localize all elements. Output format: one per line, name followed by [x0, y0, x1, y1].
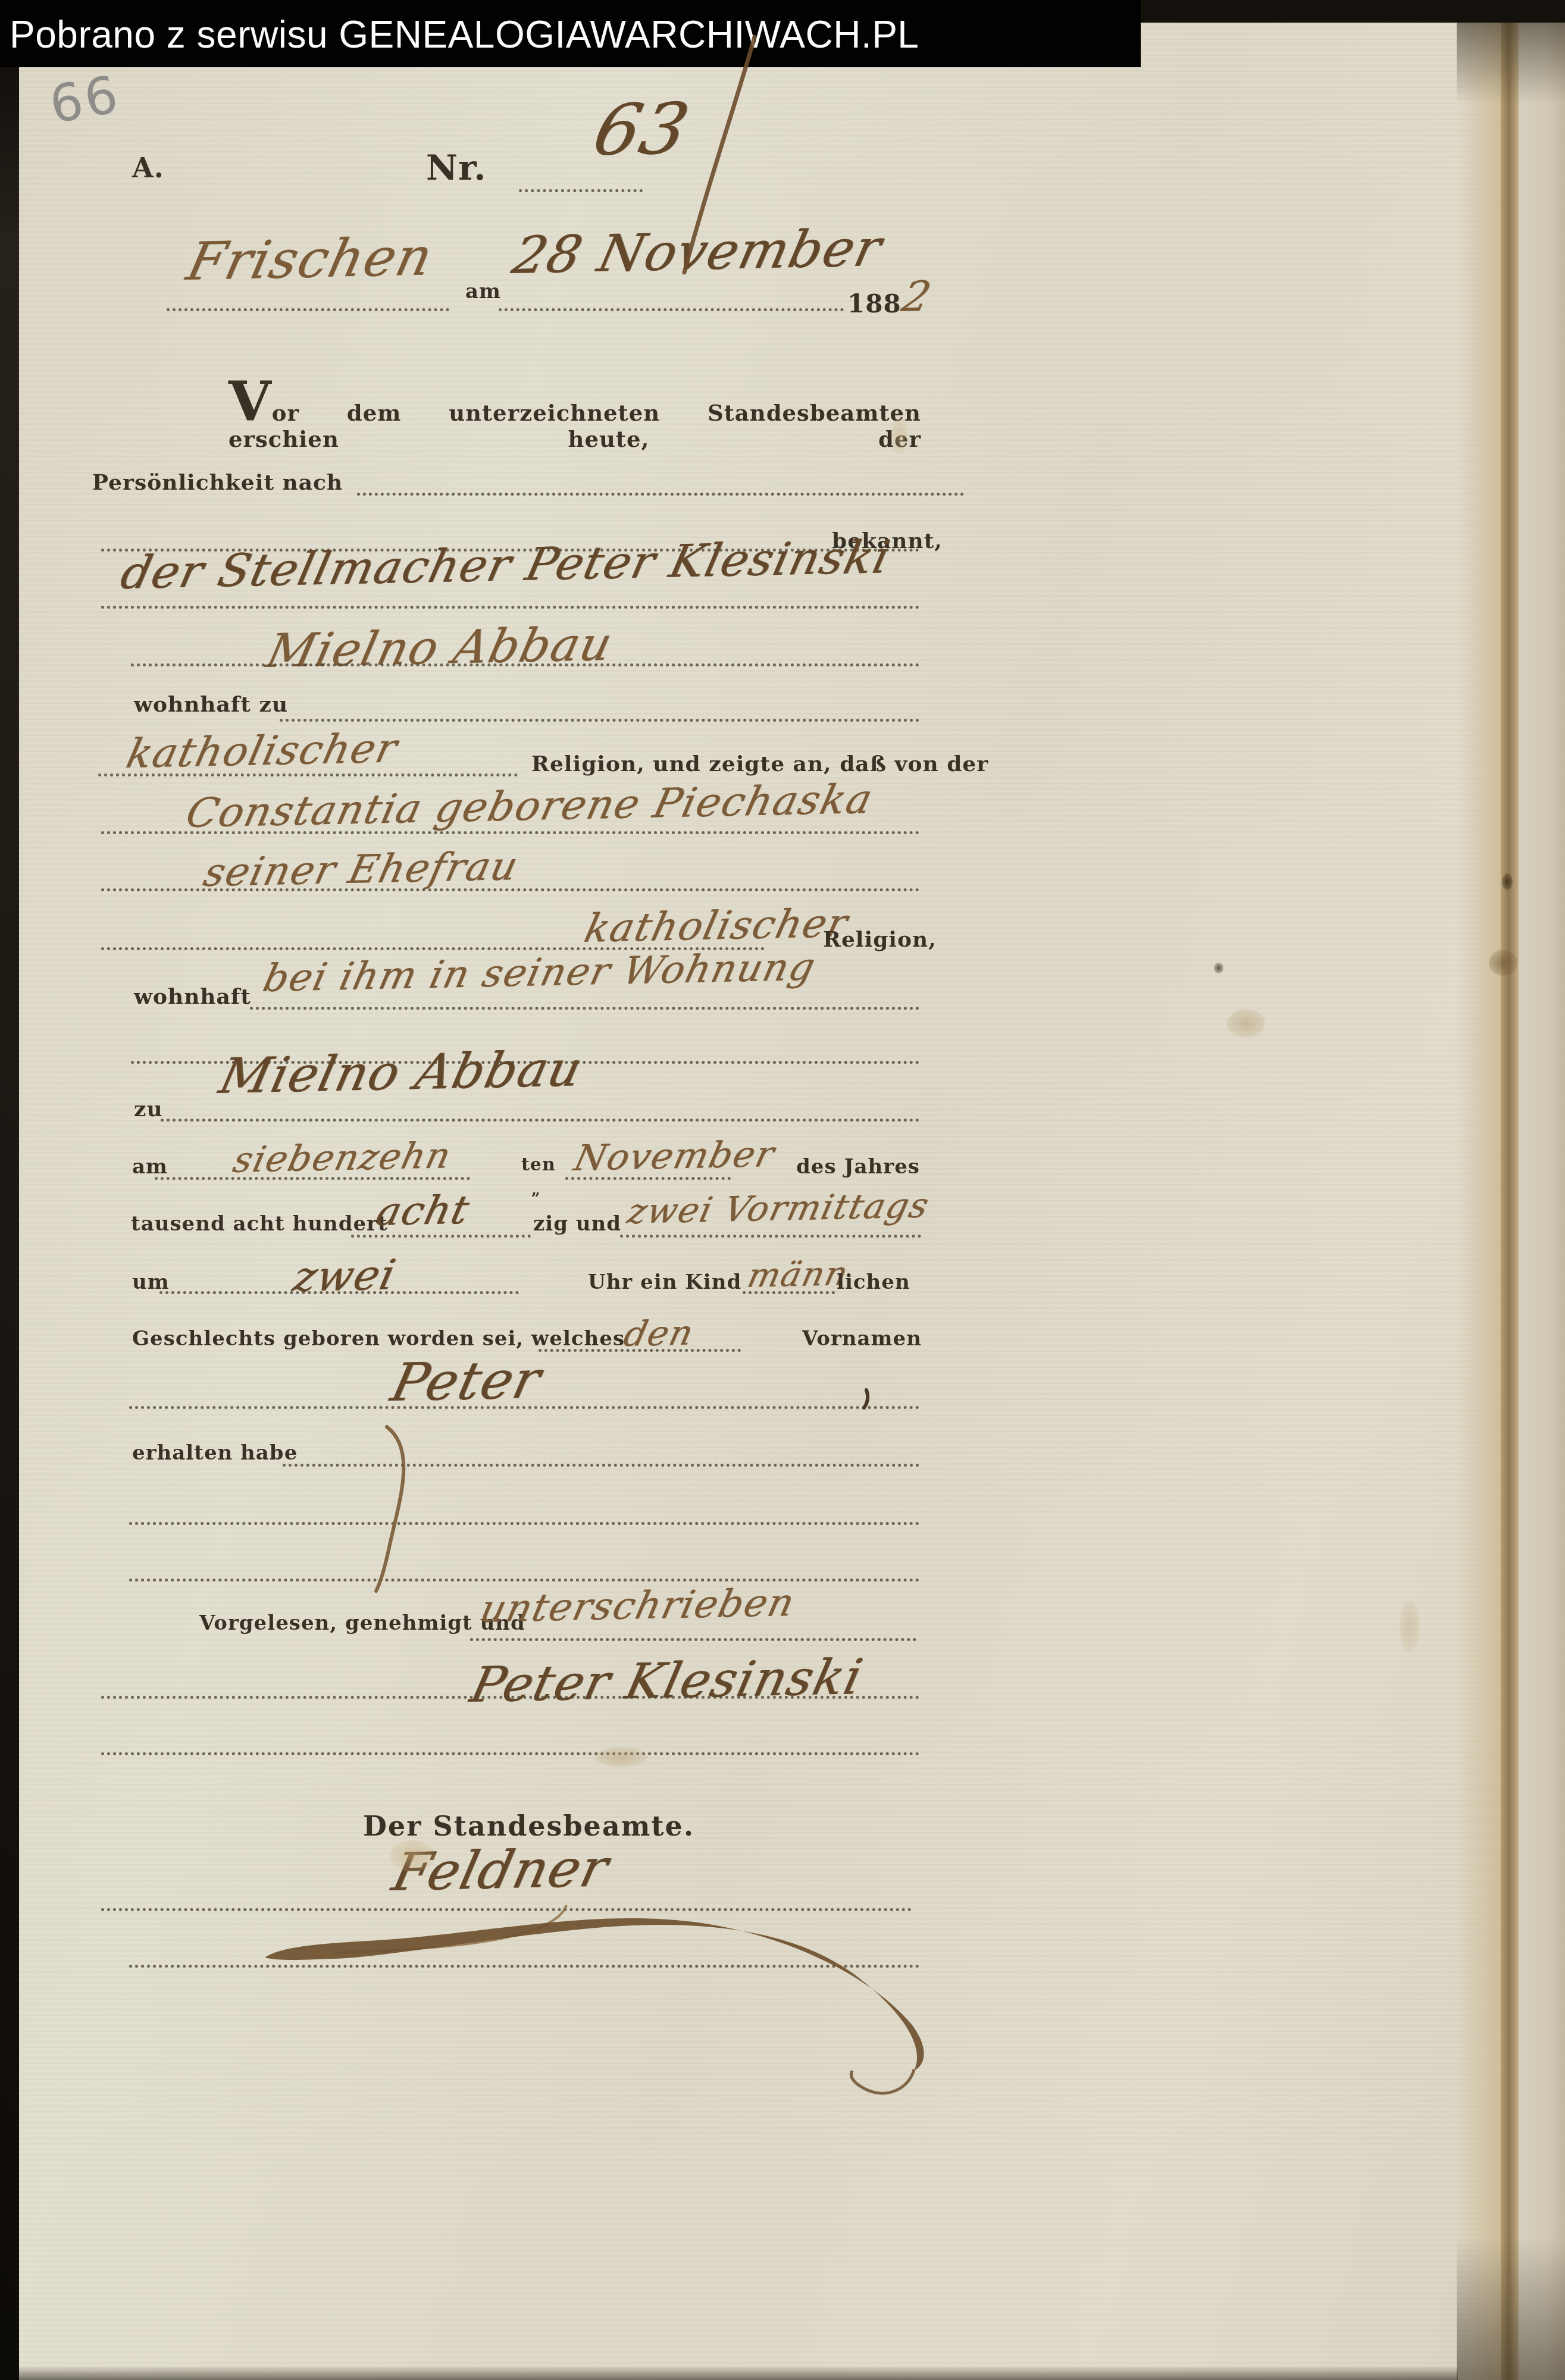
- religion1-label: Religion, und zeigte an, daß von der: [531, 751, 988, 776]
- unterschrieben-handwritten: unterschrieben: [476, 1581, 799, 1631]
- persoenlichkeit-label: Persönlichkeit nach: [92, 470, 343, 495]
- dotted-line: [129, 1965, 919, 1968]
- dotted-line: [280, 719, 919, 722]
- stain: [1227, 1009, 1265, 1038]
- watermark-banner: Pobrano z serwisu GENEALOGIAWARCHIWACH.P…: [0, 0, 1141, 67]
- residence-handwritten: Mielno Abbau: [262, 618, 618, 678]
- date-handwritten: 28 November: [507, 218, 888, 286]
- dotted-line: [250, 1007, 919, 1010]
- edge-shadow-top: [1457, 20, 1565, 104]
- tausend-label: tausend acht hundert: [131, 1212, 388, 1236]
- standesbeamte-label: Der Standesbeamte.: [363, 1810, 694, 1842]
- erhalten-habe-label: erhalten habe: [132, 1441, 298, 1465]
- time-of-day-handwritten: zwei Vormittags: [624, 1185, 933, 1232]
- watermark-text: Pobrano z serwisu GENEALOGIAWARCHIWACH.P…: [10, 0, 919, 69]
- dotted-line: [129, 1522, 919, 1525]
- stain: [1214, 963, 1223, 973]
- dotted-line: [131, 663, 919, 666]
- dotted-line: [101, 606, 919, 609]
- lichen-label: lichen: [837, 1270, 910, 1294]
- mother-relation-handwritten: seiner Ehefrau: [199, 843, 523, 895]
- dotted-line: [565, 1177, 731, 1180]
- page-bottom-shadow: [18, 2366, 1458, 2380]
- decade-handwritten: acht: [372, 1187, 474, 1235]
- nr-label: Nr.: [426, 148, 486, 188]
- dotted-line: [129, 1579, 919, 1582]
- dotted-line: [161, 1119, 919, 1122]
- wohnhaft-label: wohnhaft: [134, 984, 251, 1009]
- dotted-line: [101, 831, 919, 834]
- um-label: um: [132, 1270, 170, 1294]
- dotted-line: [519, 189, 643, 192]
- dotted-line: [620, 1235, 921, 1238]
- dotted-line: [499, 308, 844, 311]
- birth-day-handwritten: siebenzehn: [229, 1135, 455, 1181]
- ten-suffix-label: ten: [521, 1154, 556, 1175]
- dotted-line: [101, 1752, 919, 1755]
- binding-crease: [1501, 20, 1519, 2380]
- religion1-handwritten: katholischer: [122, 725, 402, 778]
- dotted-line: [129, 1406, 919, 1409]
- article-handwritten: den: [620, 1313, 698, 1354]
- religion2-label: Religion,: [823, 927, 937, 952]
- stain: [595, 1747, 647, 1767]
- page-edge: [1457, 20, 1501, 2380]
- stain: [891, 416, 908, 455]
- place-handwritten: Frischen: [181, 226, 439, 292]
- child-name-handwritten: Peter: [386, 1349, 547, 1413]
- dotted-line: [357, 493, 964, 496]
- zig-und-label: zig und: [533, 1212, 621, 1236]
- dotted-line: [351, 1235, 531, 1238]
- stain: [1502, 873, 1513, 890]
- dotted-line: [98, 773, 518, 776]
- scan-background-left: [0, 0, 19, 2380]
- dotted-line: [101, 1696, 919, 1699]
- am2-label: am: [132, 1155, 168, 1179]
- geschlechts-label: Geschlechts geboren worden sei, welches: [132, 1327, 625, 1351]
- declarant-signature: Peter Klesinski: [465, 1649, 868, 1714]
- ten-ditto-marks: „: [531, 1181, 541, 1199]
- dotted-line: [470, 1638, 916, 1641]
- scanned-birth-record: Pobrano z serwisu GENEALOGIAWARCHIWACH.P…: [0, 0, 1565, 2380]
- scan-background-top: [1141, 0, 1565, 23]
- next-page-edge: [1519, 20, 1565, 2380]
- am-label: am: [465, 280, 501, 303]
- record-number-handwritten: 63: [586, 87, 697, 171]
- dotted-line: [101, 888, 919, 891]
- zu-label: zu: [134, 1097, 163, 1122]
- dotted-line: [167, 308, 449, 311]
- wohnhaft-zu-label: wohnhaft zu: [134, 692, 288, 717]
- religion2-handwritten: katholischer: [580, 900, 853, 951]
- gender-handwritten: männ: [744, 1255, 852, 1295]
- uhr-ein-kind-label: Uhr ein Kind: [588, 1270, 741, 1294]
- vornamen-label: Vornamen: [802, 1327, 922, 1351]
- dotted-line: [101, 1908, 912, 1911]
- intro-line: Vor dem unterzeichneten Standesbeamten e…: [229, 400, 921, 452]
- stain: [1400, 1601, 1420, 1652]
- dotted-line: [743, 1291, 835, 1294]
- zu-value-handwritten: Mielno Abbau: [214, 1041, 588, 1105]
- section-label: A.: [132, 152, 164, 184]
- stain: [390, 1840, 435, 1872]
- year-printed: 188: [847, 289, 902, 318]
- edge-shadow-bottom: [1457, 2237, 1565, 2380]
- dotted-line: [283, 1464, 919, 1467]
- birth-month-handwritten: November: [570, 1133, 779, 1179]
- stain: [1489, 950, 1517, 976]
- hour-handwritten: zwei: [289, 1250, 400, 1301]
- folio-number-pencil: 66: [45, 65, 124, 136]
- vorgelesen-label: Vorgelesen, genehmigt und: [199, 1611, 525, 1635]
- des-jahres-label: des Jahres: [796, 1155, 920, 1179]
